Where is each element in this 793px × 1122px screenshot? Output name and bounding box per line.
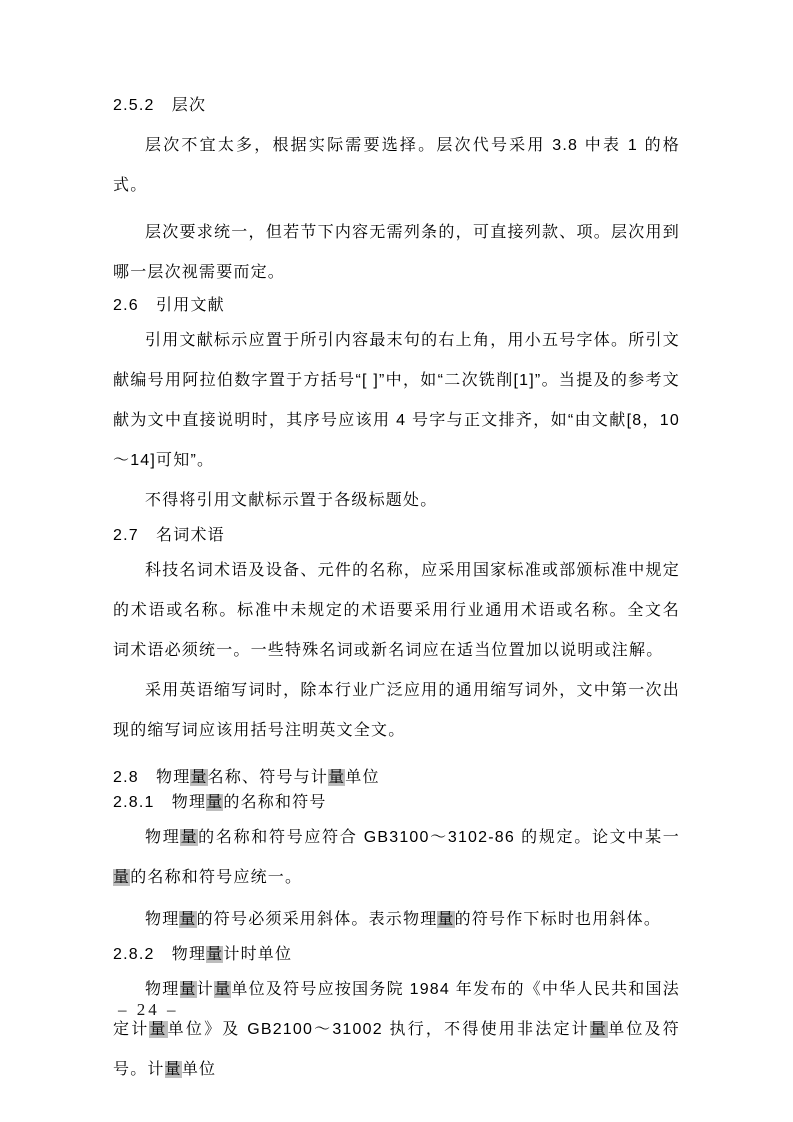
heading-2-6: 2.6 引用文献 xyxy=(113,293,680,318)
paragraph: 物理量计量单位及符号应按国务院 1984 年发布的《中华人民共和国法定计量单位》… xyxy=(113,970,680,1090)
paragraph: 采用英语缩写词时，除本行业广泛应用的通用缩写词外，文中第一次出现的缩写词应该用括… xyxy=(113,671,680,751)
heading-2-7: 2.7 名词术语 xyxy=(113,523,680,548)
paragraph: 物理量的符号必须采用斜体。表示物理量的符号作下标时也用斜体。 xyxy=(113,900,680,940)
heading-2-8-1: 2.8.1 物理量的名称和符号 xyxy=(113,790,680,815)
page-number: – 24 – xyxy=(118,1000,179,1020)
heading-2-8: 2.8 物理量名称、符号与计量单位 xyxy=(113,765,680,790)
paragraph: 层次不宜太多，根据实际需要选择。层次代号采用 3.8 中表 1 的格式。 xyxy=(113,126,680,206)
heading-2-8-2: 2.8.2 物理量计时单位 xyxy=(113,942,680,967)
heading-2-5-2: 2.5.2 层次 xyxy=(113,93,680,118)
paragraph: 科技名词术语及设备、元件的名称，应采用国家标准或部颁标准中规定的术语或名称。标准… xyxy=(113,551,680,671)
paragraph: 引用文献标示应置于所引内容最末句的右上角，用小五号字体。所引文献编号用阿拉伯数字… xyxy=(113,321,680,481)
paragraph: 物理量的名称和符号应符合 GB3100～3102-86 的规定。论文中某一量的名… xyxy=(113,818,680,898)
paragraph: 层次要求统一，但若节下内容无需列条的，可直接列款、项。层次用到哪一层次视需要而定… xyxy=(113,213,680,293)
paragraph: 不得将引用文献标示置于各级标题处。 xyxy=(113,481,680,521)
document-page: 2.5.2 层次 层次不宜太多，根据实际需要选择。层次代号采用 3.8 中表 1… xyxy=(0,0,793,1122)
document-body: 2.5.2 层次 层次不宜太多，根据实际需要选择。层次代号采用 3.8 中表 1… xyxy=(113,0,680,1090)
